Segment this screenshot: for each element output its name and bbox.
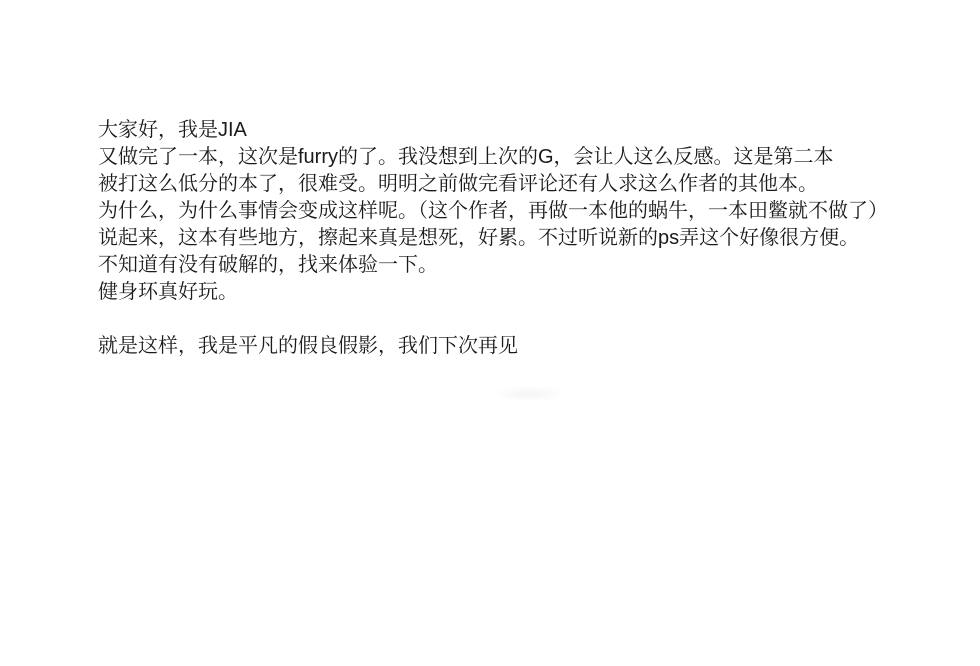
text-line: 健身环真好玩。 bbox=[98, 279, 938, 306]
scan-artifact bbox=[492, 386, 566, 402]
text-line-signoff: 就是这样，我是平凡的假良假影，我们下次再见 bbox=[98, 333, 938, 360]
text-line: 又做完了一本，这次是furry的了。我没想到上次的G，会让人这么反感。这是第二本 bbox=[98, 144, 938, 171]
text-line: 说起来，这本有些地方，擦起来真是想死，好累。不过听说新的ps弄这个好像很方便。 bbox=[98, 225, 938, 252]
afterword-text-block: 大家好，我是JIA 又做完了一本，这次是furry的了。我没想到上次的G，会让人… bbox=[98, 117, 938, 360]
text-line: 被打这么低分的本了，很难受。明明之前做完看评论还有人求这么作者的其他本。 bbox=[98, 171, 938, 198]
text-line: 不知道有没有破解的，找来体验一下。 bbox=[98, 252, 938, 279]
text-line-greeting: 大家好，我是JIA bbox=[98, 117, 938, 144]
text-line: 为什么，为什么事情会变成这样呢。（这个作者，再做一本他的蜗牛，一本田鳖就不做了） bbox=[98, 198, 938, 225]
document-page: 大家好，我是JIA 又做完了一本，这次是furry的了。我没想到上次的G，会让人… bbox=[0, 0, 980, 666]
blank-line bbox=[98, 306, 938, 333]
